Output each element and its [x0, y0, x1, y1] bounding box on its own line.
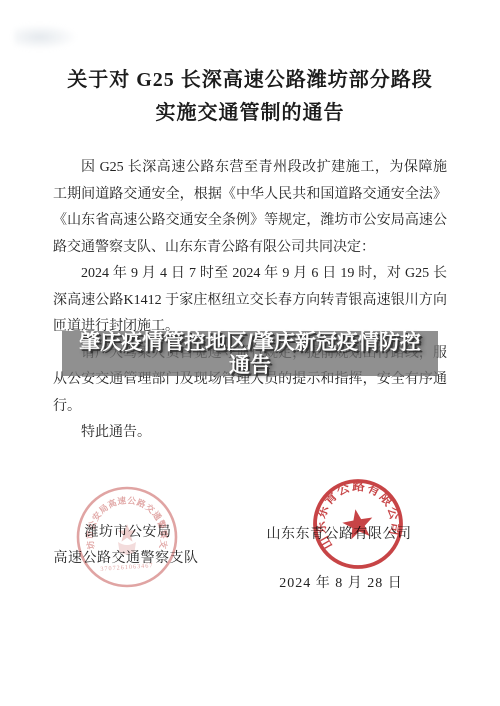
seal-serial-number: 3707261063467 [100, 562, 154, 573]
news-caption-banner: 肇庆疫情管控地区/肇庆新冠疫情防控通告 [62, 331, 438, 376]
police-badge-icon [118, 524, 136, 555]
official-seal-right: 山东东青公路有限公司 [311, 477, 405, 571]
signature-date: 2024 年 8 月 28 日 [279, 572, 403, 592]
notice-title-line1: 关于对 G25 长深高速公路潍坊部分路段 [0, 64, 500, 97]
notice-paragraph-2: 2024 年 9 月 4 日 7 时至 2024 年 9 月 6 日 19 时，… [53, 261, 447, 341]
official-seal-left: 潍坊市公安局高速公路交通警察支队 3707261063467 [74, 484, 180, 590]
notice-paragraph-4: 特此通告。 [53, 420, 447, 447]
document-photo: 关于对 G25 长深高速公路潍坊部分路段 实施交通管制的通告 因 G25 长深高… [0, 0, 500, 706]
notice-paragraph-1: 因 G25 长深高速公路东营至青州段改扩建施工，为保障施工期间道路交通安全，根据… [53, 155, 447, 261]
notice-title-line2: 实施交通管制的通告 [0, 97, 500, 130]
notice-body: 因 G25 长深高速公路东营至青州段改扩建施工，为保障施工期间道路交通安全，根据… [53, 155, 447, 447]
paper-smudge [14, 24, 78, 50]
notice-title: 关于对 G25 长深高速公路潍坊部分路段 实施交通管制的通告 [0, 64, 500, 130]
seal-ring-text-left: 潍坊市公安局高速公路交通警察支队 [74, 484, 170, 551]
star-icon [340, 507, 375, 541]
news-caption-text: 肇庆疫情管控地区/肇庆新冠疫情防控通告 [74, 331, 426, 377]
